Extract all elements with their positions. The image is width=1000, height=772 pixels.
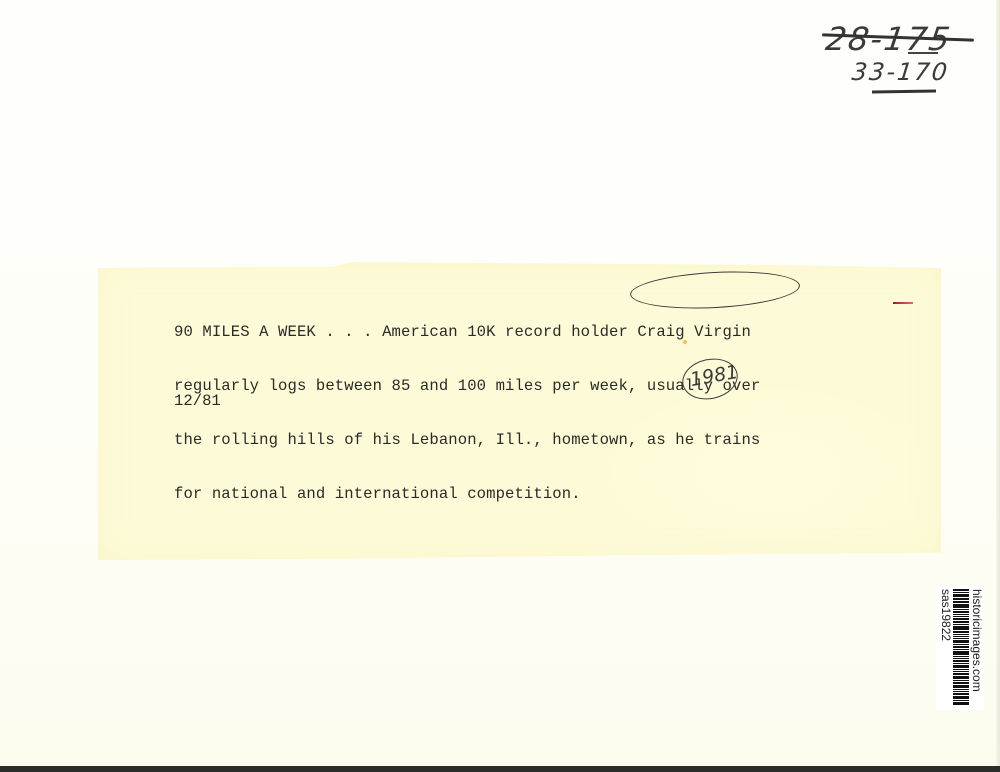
barcode-icon bbox=[953, 589, 969, 705]
date-stamp: 12/81 bbox=[174, 392, 221, 410]
new-catalog-code: 33-170 bbox=[851, 58, 951, 86]
stain-dot bbox=[683, 340, 687, 344]
bottom-edge bbox=[0, 766, 1000, 772]
caption-line: 90 MILES A WEEK . . . American 10K recor… bbox=[174, 323, 760, 341]
right-edge-shadow bbox=[996, 0, 1000, 766]
caption-line: the rolling hills of his Lebanon, Ill., … bbox=[174, 431, 760, 449]
caption-text: 90 MILES A WEEK . . . American 10K recor… bbox=[174, 287, 760, 521]
pencil-underline bbox=[908, 52, 938, 54]
red-ink-mark bbox=[893, 302, 913, 304]
barcode-id-text: sas19822 bbox=[939, 589, 952, 641]
barcode-label: historicimages.com sas19822 bbox=[936, 586, 984, 710]
caption-line: regularly logs between 85 and 100 miles … bbox=[174, 377, 760, 395]
caption-line: for national and international competiti… bbox=[174, 485, 760, 503]
barcode-site-text: historicimages.com bbox=[970, 589, 983, 692]
